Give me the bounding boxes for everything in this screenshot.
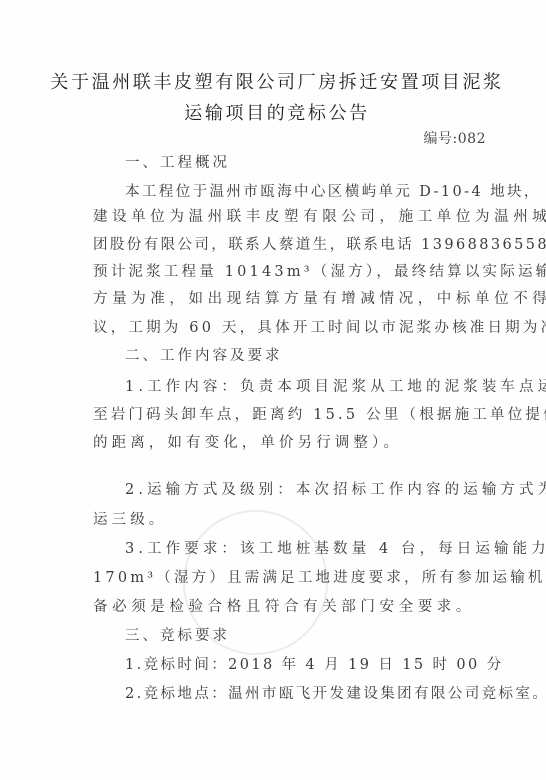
paragraph-line: 运三级。 (93, 510, 487, 530)
document-number: 编号:082 (424, 128, 486, 148)
paragraph-line: 的距离，如有变化，单价另行调整）。 (93, 433, 487, 453)
paragraph-line: 建设单位为温州联丰皮塑有限公司，施工单位为温州城建集 (93, 207, 487, 227)
paragraph-line: 3.工作要求：该工地桩基数量 4 台，每日运输能力至少 (125, 539, 487, 559)
paragraph-line-bid-time: 1.竞标时间：2018 年 4 月 19 日 15 时 00 分 (125, 655, 487, 675)
paragraph-line-bid-location: 2.竞标地点：温州市瓯飞开发建设集团有限公司竞标室。 (125, 684, 487, 704)
document-title-line-2: 运输项目的竞标公告 (4, 99, 546, 125)
section-heading-overview: 一、工程概况 (125, 153, 487, 173)
paragraph-line: 预计泥浆工程量 10143m³（湿方），最终结算以实际运输结算 (93, 262, 487, 282)
document-page: 关于温州联丰皮塑有限公司厂房拆迁安置项目泥浆 运输项目的竞标公告 编号:082 … (0, 0, 546, 780)
paragraph-line: 议，工期为 60 天，具体开工时间以市泥浆办核准日期为准。 (93, 318, 487, 338)
paragraph-line: 2.运输方式及级别：本次招标工作内容的运输方式为车 (125, 480, 487, 500)
section-heading-work-content: 二、工作内容及要求 (125, 346, 487, 366)
paragraph-line: 方量为准，如出现结算方量有增减情况，中标单位不得有异 (93, 289, 487, 309)
paragraph-line: 1.工作内容：负责本项目泥浆从工地的泥浆装车点运输 (125, 377, 487, 397)
paragraph-line: 170m³（湿方）且需满足工地进度要求，所有参加运输机械设 (93, 568, 487, 588)
paragraph-line: 备必须是检验合格且符合有关部门安全要求。 (93, 597, 487, 617)
section-heading-bid-requirements: 三、竞标要求 (125, 626, 487, 646)
paragraph-line: 本工程位于温州市瓯海中心区横屿单元 D-10-4 地块， (125, 182, 487, 202)
paragraph-line: 团股份有限公司，联系人蔡道生，联系电话 13968836558， (93, 235, 487, 255)
paragraph-line: 至岩门码头卸车点，距离约 15.5 公里（根据施工单位提供 (93, 405, 487, 425)
document-title-line-1: 关于温州联丰皮塑有限公司厂房拆迁安置项目泥浆 (4, 68, 546, 94)
